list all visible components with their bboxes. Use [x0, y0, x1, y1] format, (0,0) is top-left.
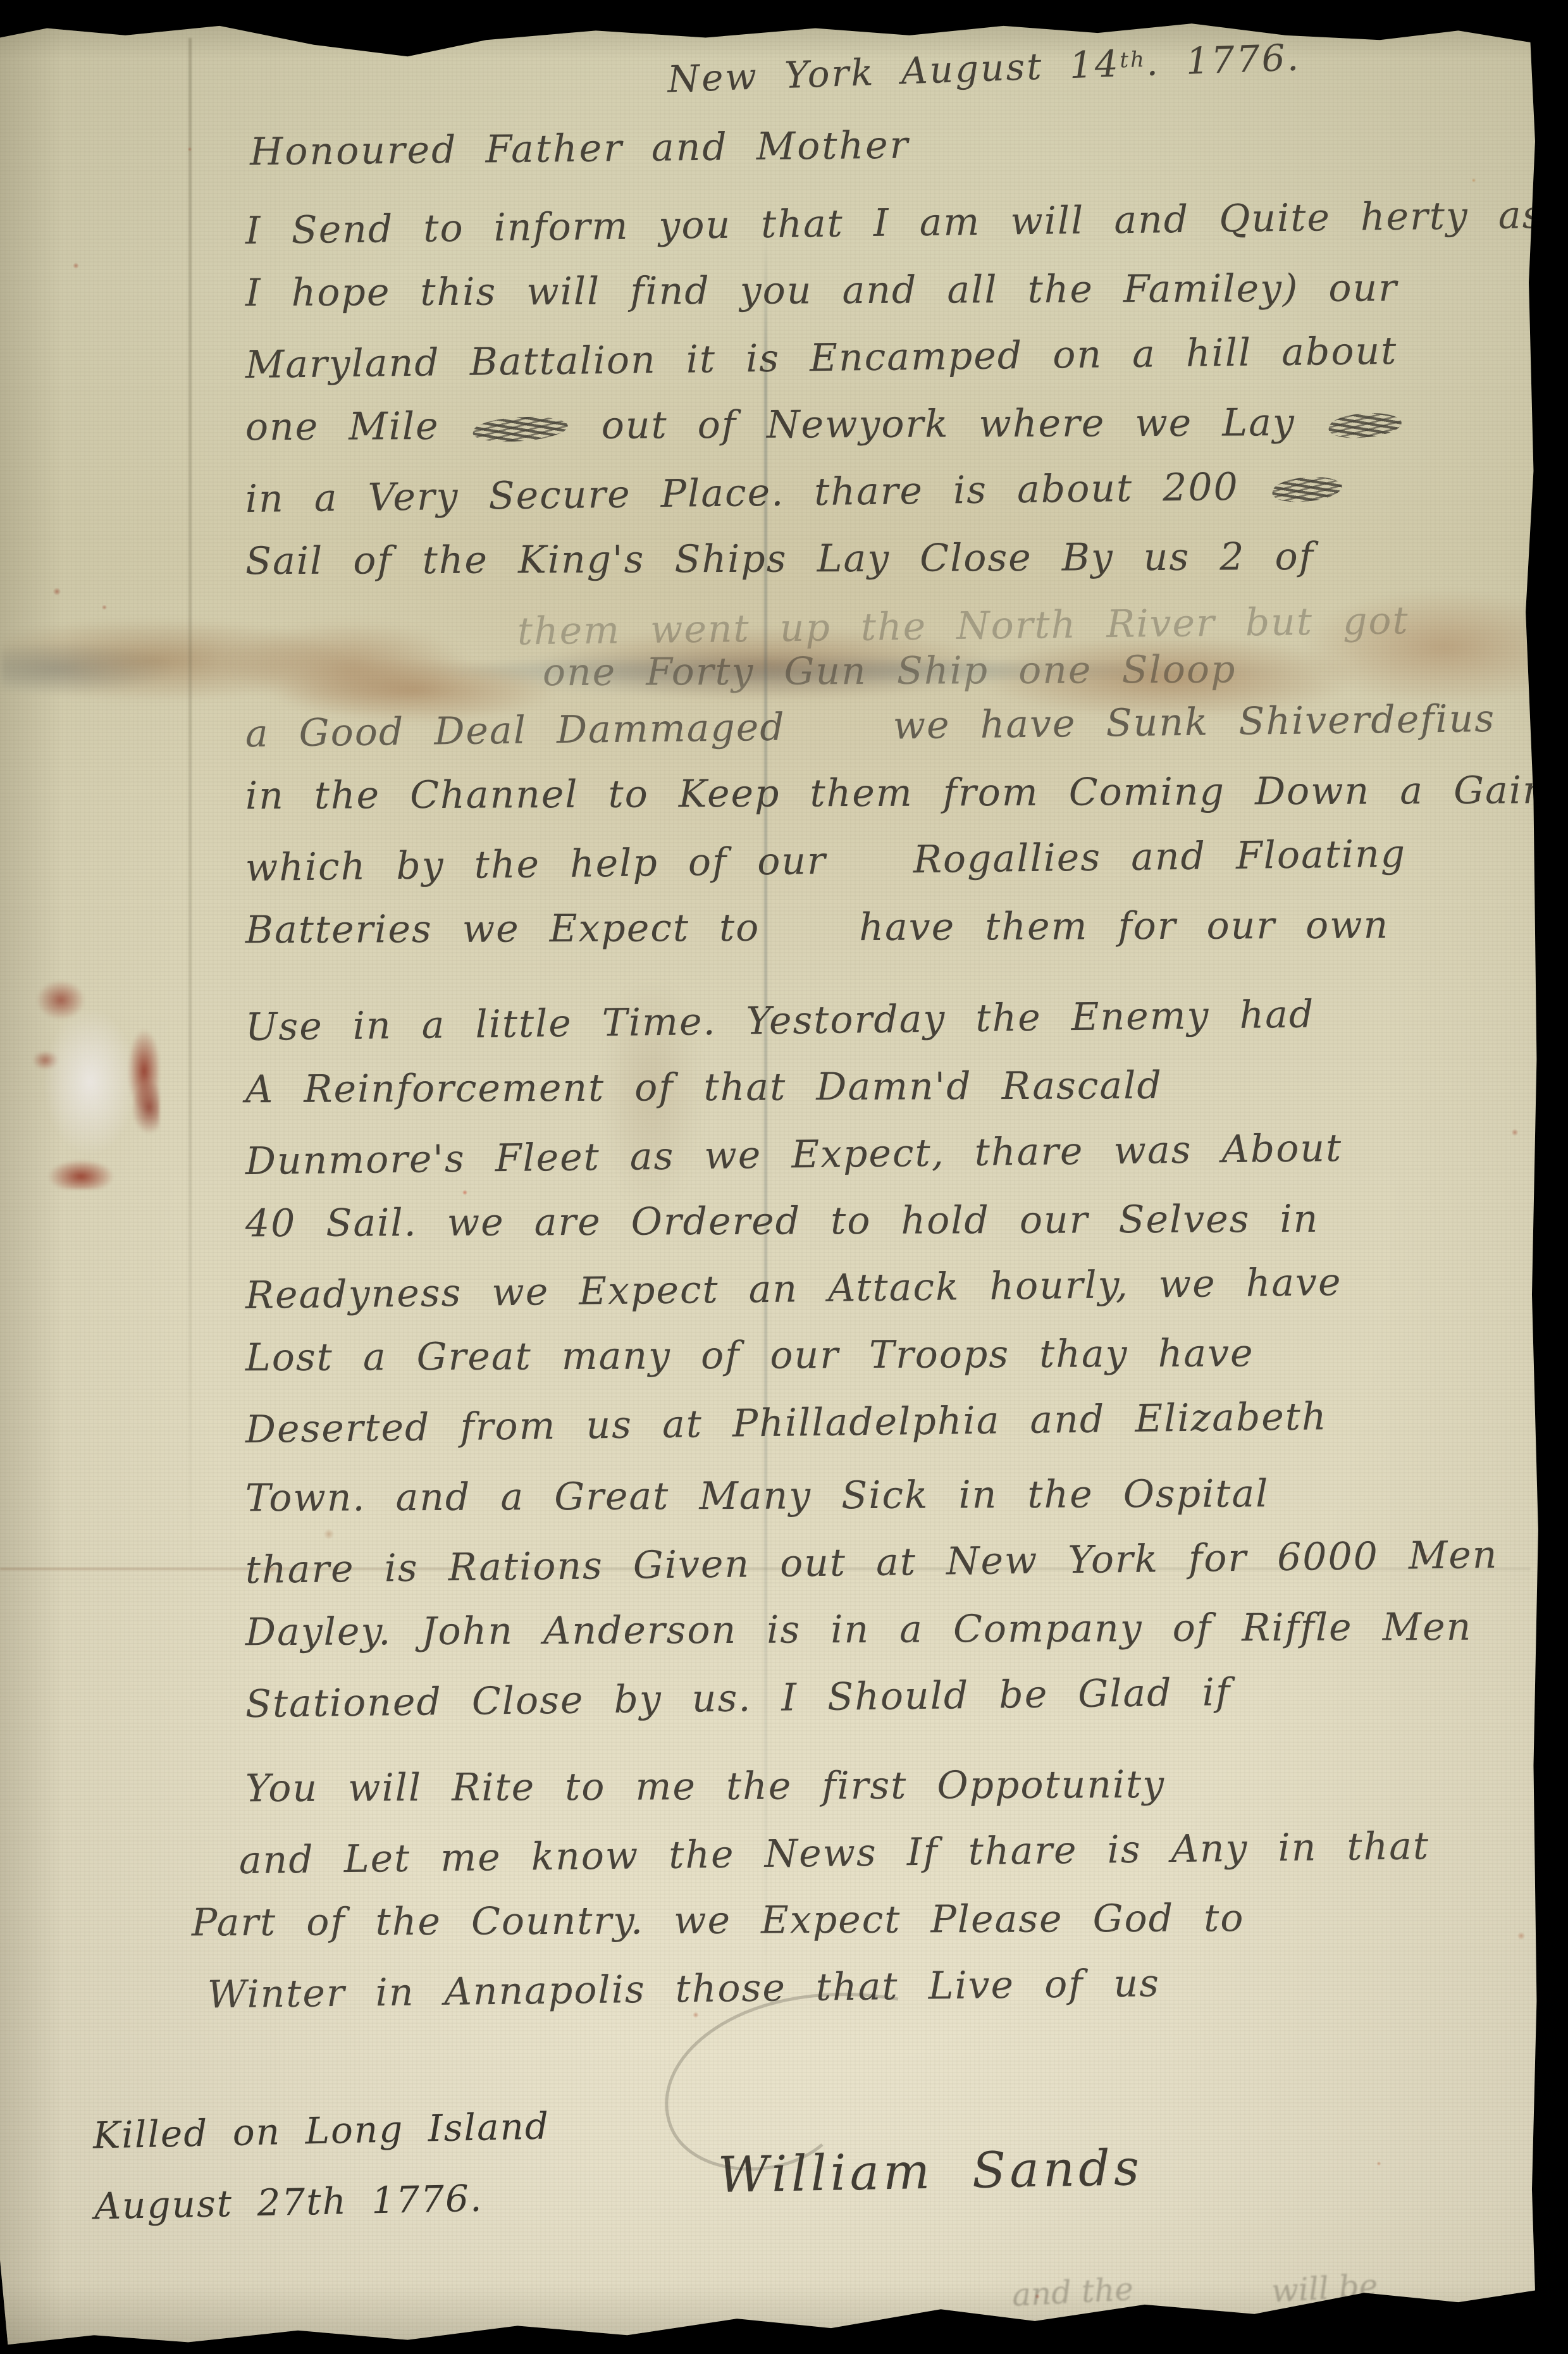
letter-text: Dunmore's Fleet as we Expect, thare was … [245, 1126, 1342, 1184]
letter-text: a Good Deal Dammaged [245, 705, 786, 756]
salutation: Honoured Father and Mother [250, 123, 910, 175]
postscript-line1: Killed on Long Island [92, 2090, 550, 2171]
letter-body: I Send to inform you that I am will and … [245, 201, 1498, 2032]
letter-line: Dayley. John Anderson is in a Company of… [245, 1605, 1498, 1678]
letter-text: have them for our own [859, 903, 1389, 950]
letter-line: Use in a little Time. Yestorday the Enem… [245, 990, 1498, 1072]
bleedthrough-text: will be [1271, 2267, 1379, 2310]
letter-paper: New York August 14th. 1776. Honoured Fat… [0, 0, 1568, 2354]
word-gap [856, 872, 913, 873]
letter-line: a Good Deal Dammagedwe have Sunk Shiverd… [245, 697, 1498, 779]
postscript-line2: August 27th 1776. [94, 2161, 552, 2241]
letter-text: I Send to inform you that I am will and … [245, 193, 1543, 253]
ink-scribble-strikeout [470, 414, 571, 444]
letter-line: in a Very Secure Place. thare is about 2… [245, 462, 1498, 544]
letter-line: Deserted from us at Philladelphia and El… [245, 1392, 1498, 1475]
letter-line: and Let me know the News If thare is Any… [238, 1823, 1498, 1905]
letter-text: which by the help of our [245, 838, 856, 890]
letter-text: in the Channel to Keep them from Coming … [245, 768, 1548, 818]
letter-line: Lost a Great many of our Troops thay hav… [245, 1330, 1498, 1403]
letter-line: which by the help of our Rogallies and F… [245, 831, 1498, 913]
letter-text: Town. and a Great Many Sick in the Ospit… [245, 1471, 1269, 1520]
letter-text: Stationed Close by us. I Should be Glad … [245, 1670, 1231, 1726]
letter-line: I Send to inform you that I am will and … [245, 194, 1498, 276]
letter-line: A Reinforcement of that Damn'd Rascald [245, 1062, 1498, 1135]
dateline-year: . 1776. [1145, 36, 1301, 84]
letter-text: Batteries we Expect to [245, 906, 790, 953]
letter-text: Maryland Battalion it is Encamped on a h… [245, 329, 1397, 387]
letter-text: 40 Sail. we are Ordered to hold our Selv… [245, 1197, 1319, 1246]
postscript-annotation: Killed on Long Island August 27th 1776. [92, 2090, 552, 2241]
letter-line: Town. and a Great Many Sick in the Ospit… [245, 1471, 1498, 1544]
letter-line: Maryland Battalion it is Encamped on a h… [245, 328, 1498, 410]
letter-text: one Forty Gun Ship one Sloop [543, 648, 1237, 695]
letter-text: them went up the North River but got [517, 598, 1409, 654]
word-gap [786, 739, 893, 740]
letter-line: Sail of the King's Ships Lay Close By us… [245, 534, 1498, 607]
letter-line: Stationed Close by us. I Should be Glad … [245, 1667, 1498, 1749]
letter-line: Batteries we Expect to have them for our… [245, 903, 1498, 976]
letter-text: Sail of the King's Ships Lay Close By us… [245, 535, 1314, 583]
dateline-ordinal: th [1120, 47, 1147, 73]
bleedthrough-text: and the [1011, 2270, 1135, 2314]
letter-text: Rogallies and Floating [913, 832, 1406, 883]
letter-line: one Mile out of Newyork where we Lay [245, 400, 1498, 473]
ink-scribble-strikeout [1326, 411, 1405, 440]
ink-scribble-strikeout [1269, 475, 1345, 504]
letter-text: in a Very Secure Place. thare is about 2… [245, 464, 1269, 521]
letter-text: Use in a little Time. Yestorday the Enem… [245, 992, 1314, 1050]
letter-text: one Mile [245, 404, 469, 450]
letter-line: Part of the Country. we Expect Please Go… [192, 1895, 1498, 1967]
wax-seal-remnant [33, 974, 159, 1189]
letter-line: You will Rite to me the first Oppotunity [245, 1761, 1498, 1834]
dateline-place-date: New York August 14 [667, 42, 1121, 101]
letter-text: Lost a Great many of our Troops thay hav… [245, 1331, 1254, 1380]
letter-line: in the Channel to Keep them from Coming … [245, 769, 1498, 841]
letter-line: thare is Rations Given out at New York f… [245, 1533, 1498, 1615]
letter-text: You will Rite to me the first Oppotunity [245, 1762, 1165, 1811]
scan-background: { "document": { "kind": "handwritten-let… [0, 0, 1568, 2354]
letter-text: A Reinforcement of that Damn'd Rascald [245, 1063, 1163, 1112]
left-fold-crease [188, 38, 192, 1569]
letter-text: Readyness we Expect an Attack hourly, we… [245, 1260, 1342, 1318]
signature: William Sands [717, 2140, 1143, 2204]
letter-line: Dunmore's Fleet as we Expect, thare was … [245, 1124, 1498, 1206]
letter-text: Dayley. John Anderson is in a Company of… [245, 1605, 1472, 1654]
letter-line: Readyness we Expect an Attack hourly, we… [245, 1258, 1498, 1341]
letter-text: I hope this will find you and all the Fa… [245, 266, 1398, 315]
letter-line: 40 Sail. we are Ordered to hold our Selv… [245, 1196, 1498, 1269]
dateline: New York August 14th. 1776. [667, 36, 1301, 101]
letter-line: I hope this will find you and all the Fa… [245, 266, 1498, 338]
letter-text: out of Newyork where we Lay [572, 400, 1326, 448]
letter-text: we have Sunk Shiverdefius [892, 697, 1495, 748]
letter-text: Part of the Country. we Expect Please Go… [192, 1896, 1245, 1945]
letter-text: Deserted from us at Philladelphia and El… [245, 1394, 1328, 1452]
